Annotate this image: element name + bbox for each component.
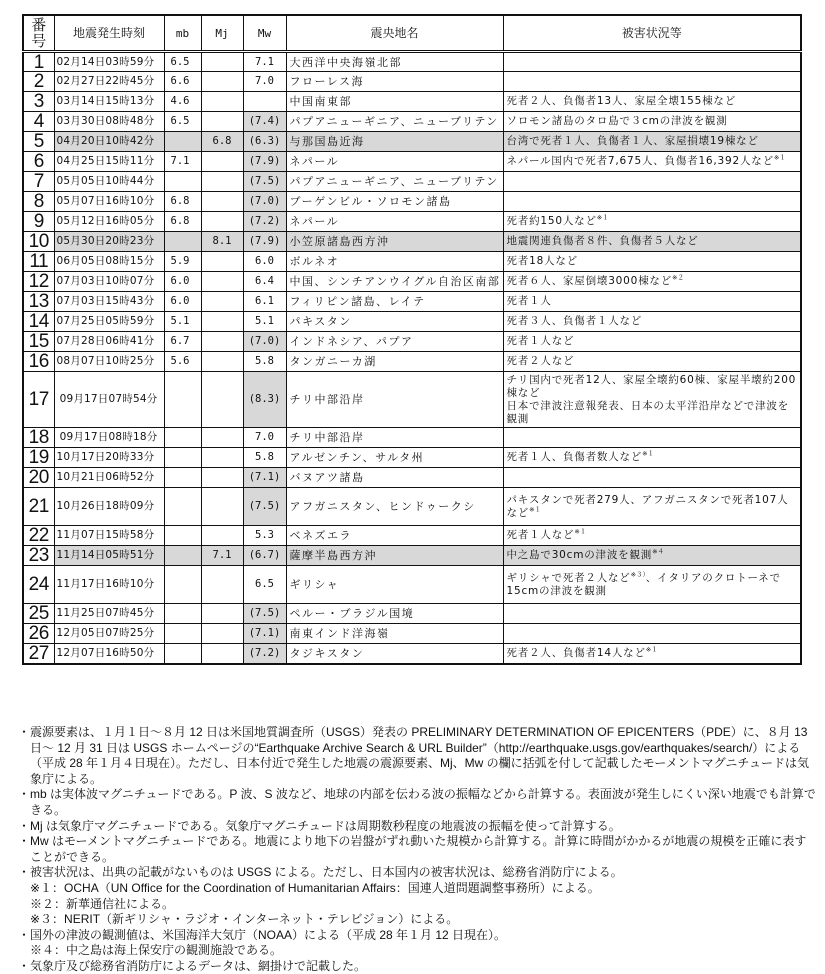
table-row: 403月30日08時48分6.5(7.4)パプアニューギニア、ニューブリテンソロ… [23, 112, 801, 132]
mw-value: 6.0 [243, 252, 286, 272]
occurrence-time: 10月17日20時33分 [54, 448, 164, 468]
occurrence-time: 03月14日15時13分 [54, 92, 164, 112]
damage-status: 死者３人、負傷者１人など [503, 312, 801, 332]
row-number: 20 [23, 468, 54, 488]
mw-value: (8.3) [243, 372, 286, 428]
header-damage: 被害状況等 [503, 15, 801, 52]
mw-value: 7.1 [243, 52, 286, 72]
header-time: 地震発生時刻 [54, 15, 164, 52]
mb-value: 6.8 [164, 212, 201, 232]
mb-value: 6.7 [164, 332, 201, 352]
table-row: 2612月05日07時25分(7.1)南東インド洋海嶺 [23, 624, 801, 644]
epicenter-name: パキスタン [286, 312, 503, 332]
mw-value [243, 92, 286, 112]
epicenter-name: ギリシャ [286, 566, 503, 604]
epicenter-name: 中国南東部 [286, 92, 503, 112]
mw-value: 7.0 [243, 428, 286, 448]
mb-value: 6.5 [164, 52, 201, 72]
table-row: 1307月03日15時43分6.06.1フィリピン諸島、レイテ死者１人 [23, 292, 801, 312]
epicenter-name: 与那国島近海 [286, 132, 503, 152]
table-row: 202月27日22時45分6.67.0フローレス海 [23, 72, 801, 92]
mb-value [164, 624, 201, 644]
row-number: 14 [23, 312, 54, 332]
mw-value: (7.5) [243, 488, 286, 526]
row-number: 23 [23, 546, 54, 566]
mj-value [201, 112, 243, 132]
footnote-ref: ※１ [642, 450, 654, 458]
row-number: 1 [23, 52, 54, 72]
table-row: 1910月17日20時33分5.8アルゼンチン、サルタ州死者１人、負傷者数人など… [23, 448, 801, 468]
occurrence-time: 10月26日18時09分 [54, 488, 164, 526]
damage-text: 死者１人、負傷者数人など [507, 451, 643, 463]
header-mb: mb [164, 15, 201, 52]
row-number: 13 [23, 292, 54, 312]
damage-status [503, 72, 801, 92]
damage-status [503, 52, 801, 72]
mj-value [201, 192, 243, 212]
damage-status: 死者約150人など※１ [503, 212, 801, 232]
occurrence-time: 05月30日20時23分 [54, 232, 164, 252]
mb-value: 6.0 [164, 272, 201, 292]
table-row: 1507月28日06時41分6.7(7.0)インドネシア、パプア死者１人など [23, 332, 801, 352]
epicenter-name: ネパール [286, 212, 503, 232]
row-number: 7 [23, 172, 54, 192]
occurrence-time: 07月25日05時59分 [54, 312, 164, 332]
epicenter-name: ペルー・ブラジル国境 [286, 604, 503, 624]
mw-value: 6.5 [243, 566, 286, 604]
row-number: 2 [23, 72, 54, 92]
row-number: 24 [23, 566, 54, 604]
mj-value [201, 72, 243, 92]
occurrence-time: 03月30日08時48分 [54, 112, 164, 132]
mj-value: 8.1 [201, 232, 243, 252]
row-number: 6 [23, 152, 54, 172]
table-row: 303月14日15時13分4.6中国南東部死者２人、負傷者13人、家屋全壊155… [23, 92, 801, 112]
damage-status: 死者１人、負傷者数人など※１ [503, 448, 801, 468]
row-number: 25 [23, 604, 54, 624]
earthquake-table: 番号 地震発生時刻 mb Mj Mw 震央地名 被害状況等 102月14日03時… [22, 14, 802, 665]
row-number: 22 [23, 526, 54, 546]
epicenter-name: パプアニューギニア、ニューブリテン [286, 112, 503, 132]
mj-value [201, 372, 243, 428]
row-number: 10 [23, 232, 54, 252]
footnote-ref: ※４ [652, 548, 664, 556]
damage-status [503, 428, 801, 448]
epicenter-name: チリ中部沿岸 [286, 428, 503, 448]
damage-status: チリ国内で死者12人、家屋全壊約60棟、家屋半壊約200棟など日本で津波注意報発… [503, 372, 801, 428]
mw-value: (7.1) [243, 468, 286, 488]
damage-status: 中之島で30cmの津波を観測※４ [503, 546, 801, 566]
epicenter-name: ベネズエラ [286, 526, 503, 546]
footnote-item: ・国外の津波の観測値は、米国海洋大気庁（NOAA）による（平成 28 年１月 1… [18, 928, 818, 944]
table-row: 1608月07日10時25分5.65.8タンガニーカ湖死者２人など [23, 352, 801, 372]
occurrence-time: 07月03日10時07分 [54, 272, 164, 292]
mb-value [164, 172, 201, 192]
table-row: 805月07日16時10分6.8(7.0)ブーゲンビル・ソロモン諸島 [23, 192, 801, 212]
damage-status: 死者１人など※１ [503, 526, 801, 546]
mb-value: 5.6 [164, 352, 201, 372]
row-number: 5 [23, 132, 54, 152]
epicenter-name: ボルネオ [286, 252, 503, 272]
damage-text: パキスタンで死者279人、アフガニスタンで死者107人など [507, 494, 789, 519]
occurrence-time: 05月07日16時10分 [54, 192, 164, 212]
mb-value [164, 488, 201, 526]
mj-value [201, 92, 243, 112]
damage-text: 死者１人 [507, 295, 552, 307]
table-row: 1106月05日08時15分5.96.0ボルネオ死者18人など [23, 252, 801, 272]
occurrence-time: 02月27日22時45分 [54, 72, 164, 92]
table-row: 905月12日16時05分6.8(7.2)ネパール死者約150人など※１ [23, 212, 801, 232]
damage-text: 死者18人など [507, 255, 578, 267]
epicenter-name: パプアニューギニア、ニューブリテン [286, 172, 503, 192]
table-row: 1407月25日05時59分5.15.1パキスタン死者３人、負傷者１人など [23, 312, 801, 332]
table-row: 2411月17日16時10分6.5ギリシャギリシャで死者２人など※３）、イタリア… [23, 566, 801, 604]
mb-value: 6.0 [164, 292, 201, 312]
mj-value [201, 468, 243, 488]
mj-value [201, 212, 243, 232]
occurrence-time: 08月07日10時25分 [54, 352, 164, 372]
mw-value: (7.2) [243, 212, 286, 232]
damage-status: ギリシャで死者２人など※３）、イタリアのクロトーネで15cmの津波を観測 [503, 566, 801, 604]
mw-value: (7.9) [243, 232, 286, 252]
mj-value [201, 624, 243, 644]
damage-status: 台湾で死者１人、負傷者１人、家屋損壊19棟など [503, 132, 801, 152]
table-row: 504月20日10時42分6.8(6.3)与那国島近海台湾で死者１人、負傷者１人… [23, 132, 801, 152]
occurrence-time: 09月17日07時54分 [54, 372, 164, 428]
occurrence-time: 05月05日10時44分 [54, 172, 164, 192]
epicenter-name: 小笠原諸島西方沖 [286, 232, 503, 252]
damage-status: 死者２人、負傷者13人、家屋全壊155棟など [503, 92, 801, 112]
occurrence-time: 04月20日10時42分 [54, 132, 164, 152]
mj-value [201, 566, 243, 604]
occurrence-time: 11月25日07時45分 [54, 604, 164, 624]
mb-value [164, 428, 201, 448]
mb-value: 6.6 [164, 72, 201, 92]
mj-value: 6.8 [201, 132, 243, 152]
row-number: 11 [23, 252, 54, 272]
table-row: 2010月21日06時52分(7.1)バヌアツ諸島 [23, 468, 801, 488]
row-number: 15 [23, 332, 54, 352]
epicenter-name: フィリピン諸島、レイテ [286, 292, 503, 312]
row-number: 26 [23, 624, 54, 644]
damage-status: 地震関連負傷者８件、負傷者５人など [503, 232, 801, 252]
damage-status: 死者１人など [503, 332, 801, 352]
mj-value [201, 488, 243, 526]
epicenter-name: アルゼンチン、サルタ州 [286, 448, 503, 468]
footnote-ref: ※３） [631, 570, 646, 578]
footnote-ref: ※１ [774, 154, 786, 162]
mj-value [201, 448, 243, 468]
table-row: 604月25日15時11分7.1(7.9)ネパールネパール国内で死者7,675人… [23, 152, 801, 172]
mw-value: 6.1 [243, 292, 286, 312]
mj-value [201, 526, 243, 546]
mb-value [164, 566, 201, 604]
damage-text: ネパール国内で死者7,675人、負傷者16,392人など [507, 155, 774, 167]
footnote-ref: ※１ [529, 505, 541, 513]
mj-value [201, 604, 243, 624]
occurrence-time: 11月07日15時58分 [54, 526, 164, 546]
epicenter-name: 薩摩半島西方沖 [286, 546, 503, 566]
table-row: 1809月17日08時18分7.0チリ中部沿岸 [23, 428, 801, 448]
damage-status: 死者１人 [503, 292, 801, 312]
footnote-sub: ※３：NERIT（新ギリシャ・ラジオ・インターネット・テレビジョン）による。 [18, 912, 818, 928]
epicenter-name: インドネシア、パプア [286, 332, 503, 352]
mj-value [201, 332, 243, 352]
damage-text: 死者３人、負傷者１人など [507, 315, 643, 327]
mj-value [201, 152, 243, 172]
occurrence-time: 12月07日16時50分 [54, 644, 164, 664]
mb-value [164, 546, 201, 566]
damage-text: 死者１人など [507, 335, 575, 347]
row-number: 4 [23, 112, 54, 132]
damage-text: チリ国内で死者12人、家屋全壊約60棟、家屋半壊約200棟など [507, 374, 797, 399]
damage-text: ギリシャで死者２人など [507, 572, 631, 584]
row-number: 16 [23, 352, 54, 372]
epicenter-name: ネパール [286, 152, 503, 172]
mb-value: 4.6 [164, 92, 201, 112]
row-number: 18 [23, 428, 54, 448]
header-mw: Mw [243, 15, 286, 52]
header-mj: Mj [201, 15, 243, 52]
mj-value [201, 172, 243, 192]
footnote-ref: ※１ [646, 645, 658, 653]
occurrence-time: 10月21日06時52分 [54, 468, 164, 488]
row-number: 8 [23, 192, 54, 212]
mb-value [164, 468, 201, 488]
table-row: 102月14日03時59分6.57.1大西洋中央海嶺北部 [23, 52, 801, 72]
epicenter-name: タンガニーカ湖 [286, 352, 503, 372]
footnote-item: ・気象庁及び総務省消防庁によるデータは、網掛けで記載した。 [18, 959, 818, 974]
mw-value: (6.3) [243, 132, 286, 152]
mj-value [201, 644, 243, 664]
mb-value [164, 132, 201, 152]
mw-value: 5.3 [243, 526, 286, 546]
table-row: 2311月14日05時51分7.1(6.7)薩摩半島西方沖中之島で30cmの津波… [23, 546, 801, 566]
header-number: 番号 [23, 15, 54, 52]
occurrence-time: 09月17日08時18分 [54, 428, 164, 448]
occurrence-time: 11月14日05時51分 [54, 546, 164, 566]
epicenter-name: バヌアツ諸島 [286, 468, 503, 488]
damage-text: 死者２人、負傷者13人、家屋全壊155棟など [507, 95, 737, 107]
epicenter-name: アフガニスタン、ヒンドゥークシ [286, 488, 503, 526]
damage-status: 死者６人、家屋倒壊3000棟など※２ [503, 272, 801, 292]
damage-status: ソロモン諸島のタロ島で３cmの津波を観測 [503, 112, 801, 132]
epicenter-name: ブーゲンビル・ソロモン諸島 [286, 192, 503, 212]
damage-status [503, 172, 801, 192]
mb-value [164, 644, 201, 664]
table-row: 2712月07日16時50分(7.2)タジキスタン死者２人、負傷者14人など※１ [23, 644, 801, 664]
table-row: 2110月26日18時09分(7.5)アフガニスタン、ヒンドゥークシパキスタンで… [23, 488, 801, 526]
damage-text: 中之島で30cmの津波を観測 [507, 549, 653, 561]
footnote-ref: ※１ [597, 214, 609, 222]
damage-text: 死者２人など [507, 355, 575, 367]
header-epicenter: 震央地名 [286, 15, 503, 52]
occurrence-time: 12月05日07時25分 [54, 624, 164, 644]
mj-value [201, 312, 243, 332]
table-header-row: 番号 地震発生時刻 mb Mj Mw 震央地名 被害状況等 [23, 15, 801, 52]
mw-value: 7.0 [243, 72, 286, 92]
footnote-item: ・Mj は気象庁マグニチュードである。気象庁マグニチュードは周期数秒程度の地震波… [18, 819, 818, 835]
mw-value: (7.0) [243, 332, 286, 352]
table-row: 2511月25日07時45分(7.5)ペルー・ブラジル国境 [23, 604, 801, 624]
damage-text-second: 日本で津波注意報発表、日本の太平洋沿岸などで津波を観測 [507, 400, 790, 425]
footnotes: ・震源要素は、１月１日～８月 12 日は米国地質調査所（USGS）発表の PRE… [18, 725, 818, 974]
damage-text: 死者約150人など [507, 215, 597, 227]
epicenter-name: 大西洋中央海嶺北部 [286, 52, 503, 72]
table-row: 1005月30日20時23分8.1(7.9)小笠原諸島西方沖地震関連負傷者８件、… [23, 232, 801, 252]
mw-value: 5.8 [243, 448, 286, 468]
damage-text: ソロモン諸島のタロ島で３cmの津波を観測 [507, 115, 728, 127]
table-row: 2211月07日15時58分5.3ベネズエラ死者１人など※１ [23, 526, 801, 546]
mb-value: 5.9 [164, 252, 201, 272]
mj-value: 7.1 [201, 546, 243, 566]
damage-status [503, 604, 801, 624]
epicenter-name: 中国、シンチアンウイグル自治区南部 [286, 272, 503, 292]
row-number: 3 [23, 92, 54, 112]
footnote-item: ・Mw はモーメントマグニチュードである。地震により地下の岩盤がずれ動いた規模か… [18, 834, 818, 865]
footnote-sub: ※４：中之島は海上保安庁の観測施設である。 [18, 943, 818, 959]
table-row: 1709月17日07時54分(8.3)チリ中部沿岸チリ国内で死者12人、家屋全壊… [23, 372, 801, 428]
epicenter-name: タジキスタン [286, 644, 503, 664]
occurrence-time: 07月03日15時43分 [54, 292, 164, 312]
damage-text: 死者６人、家屋倒壊3000棟など [507, 275, 673, 287]
damage-status [503, 192, 801, 212]
footnote-sub: ※２：新華通信社による。 [18, 897, 818, 913]
occurrence-time: 05月12日16時05分 [54, 212, 164, 232]
mb-value [164, 232, 201, 252]
epicenter-name: 南東インド洋海嶺 [286, 624, 503, 644]
mw-value: (7.2) [243, 644, 286, 664]
mb-value: 6.8 [164, 192, 201, 212]
mj-value [201, 292, 243, 312]
mj-value [201, 352, 243, 372]
epicenter-name: フローレス海 [286, 72, 503, 92]
occurrence-time: 06月05日08時15分 [54, 252, 164, 272]
mb-value: 7.1 [164, 152, 201, 172]
footnote-ref: ※２ [672, 274, 684, 282]
mw-value: (7.9) [243, 152, 286, 172]
row-number: 19 [23, 448, 54, 468]
mw-value: (7.0) [243, 192, 286, 212]
mb-value: 6.5 [164, 112, 201, 132]
footnote-item: ・震源要素は、１月１日～８月 12 日は米国地質調査所（USGS）発表の PRE… [18, 725, 818, 787]
row-number: 17 [23, 372, 54, 428]
row-number: 9 [23, 212, 54, 232]
mb-value [164, 604, 201, 624]
damage-status: ネパール国内で死者7,675人、負傷者16,392人など※１ [503, 152, 801, 172]
damage-status: パキスタンで死者279人、アフガニスタンで死者107人など※１ [503, 488, 801, 526]
mw-value: (7.4) [243, 112, 286, 132]
damage-text: 死者１人など [507, 529, 575, 541]
footnote-ref: ※１ [574, 528, 586, 536]
footnote-sub: ※１：OCHA（UN Office for the Coordination o… [18, 881, 818, 897]
mj-value [201, 52, 243, 72]
damage-status: 死者２人など [503, 352, 801, 372]
mw-value: 5.1 [243, 312, 286, 332]
row-number: 12 [23, 272, 54, 292]
mw-value: 5.8 [243, 352, 286, 372]
mw-value: (7.5) [243, 604, 286, 624]
mb-value [164, 448, 201, 468]
row-number: 27 [23, 644, 54, 664]
table-row: 1207月03日10時07分6.06.4中国、シンチアンウイグル自治区南部死者６… [23, 272, 801, 292]
damage-status: 死者２人、負傷者14人など※１ [503, 644, 801, 664]
mj-value [201, 252, 243, 272]
row-number: 21 [23, 488, 54, 526]
mw-value: (7.5) [243, 172, 286, 192]
epicenter-name: チリ中部沿岸 [286, 372, 503, 428]
damage-status: 死者18人など [503, 252, 801, 272]
occurrence-time: 02月14日03時59分 [54, 52, 164, 72]
table-row: 705月05日10時44分(7.5)パプアニューギニア、ニューブリテン [23, 172, 801, 192]
mj-value [201, 428, 243, 448]
mw-value: 6.4 [243, 272, 286, 292]
damage-text: 地震関連負傷者８件、負傷者５人など [507, 235, 699, 247]
mb-value [164, 372, 201, 428]
damage-status [503, 624, 801, 644]
mw-value: (7.1) [243, 624, 286, 644]
mj-value [201, 272, 243, 292]
damage-text: 死者２人、負傷者14人など [507, 647, 646, 659]
occurrence-time: 04月25日15時11分 [54, 152, 164, 172]
occurrence-time: 11月17日16時10分 [54, 566, 164, 604]
damage-text: 台湾で死者１人、負傷者１人、家屋損壊19棟など [507, 135, 759, 147]
mb-value [164, 526, 201, 546]
mw-value: (6.7) [243, 546, 286, 566]
footnote-item: ・mb は実体波マグニチュードである。P 波、S 波など、地球の内部を伝わる波の… [18, 787, 818, 818]
mb-value: 5.1 [164, 312, 201, 332]
damage-status [503, 468, 801, 488]
footnote-item: ・被害状況は、出典の記載がないものは USGS による。ただし、日本国内の被害状… [18, 865, 818, 881]
occurrence-time: 07月28日06時41分 [54, 332, 164, 352]
